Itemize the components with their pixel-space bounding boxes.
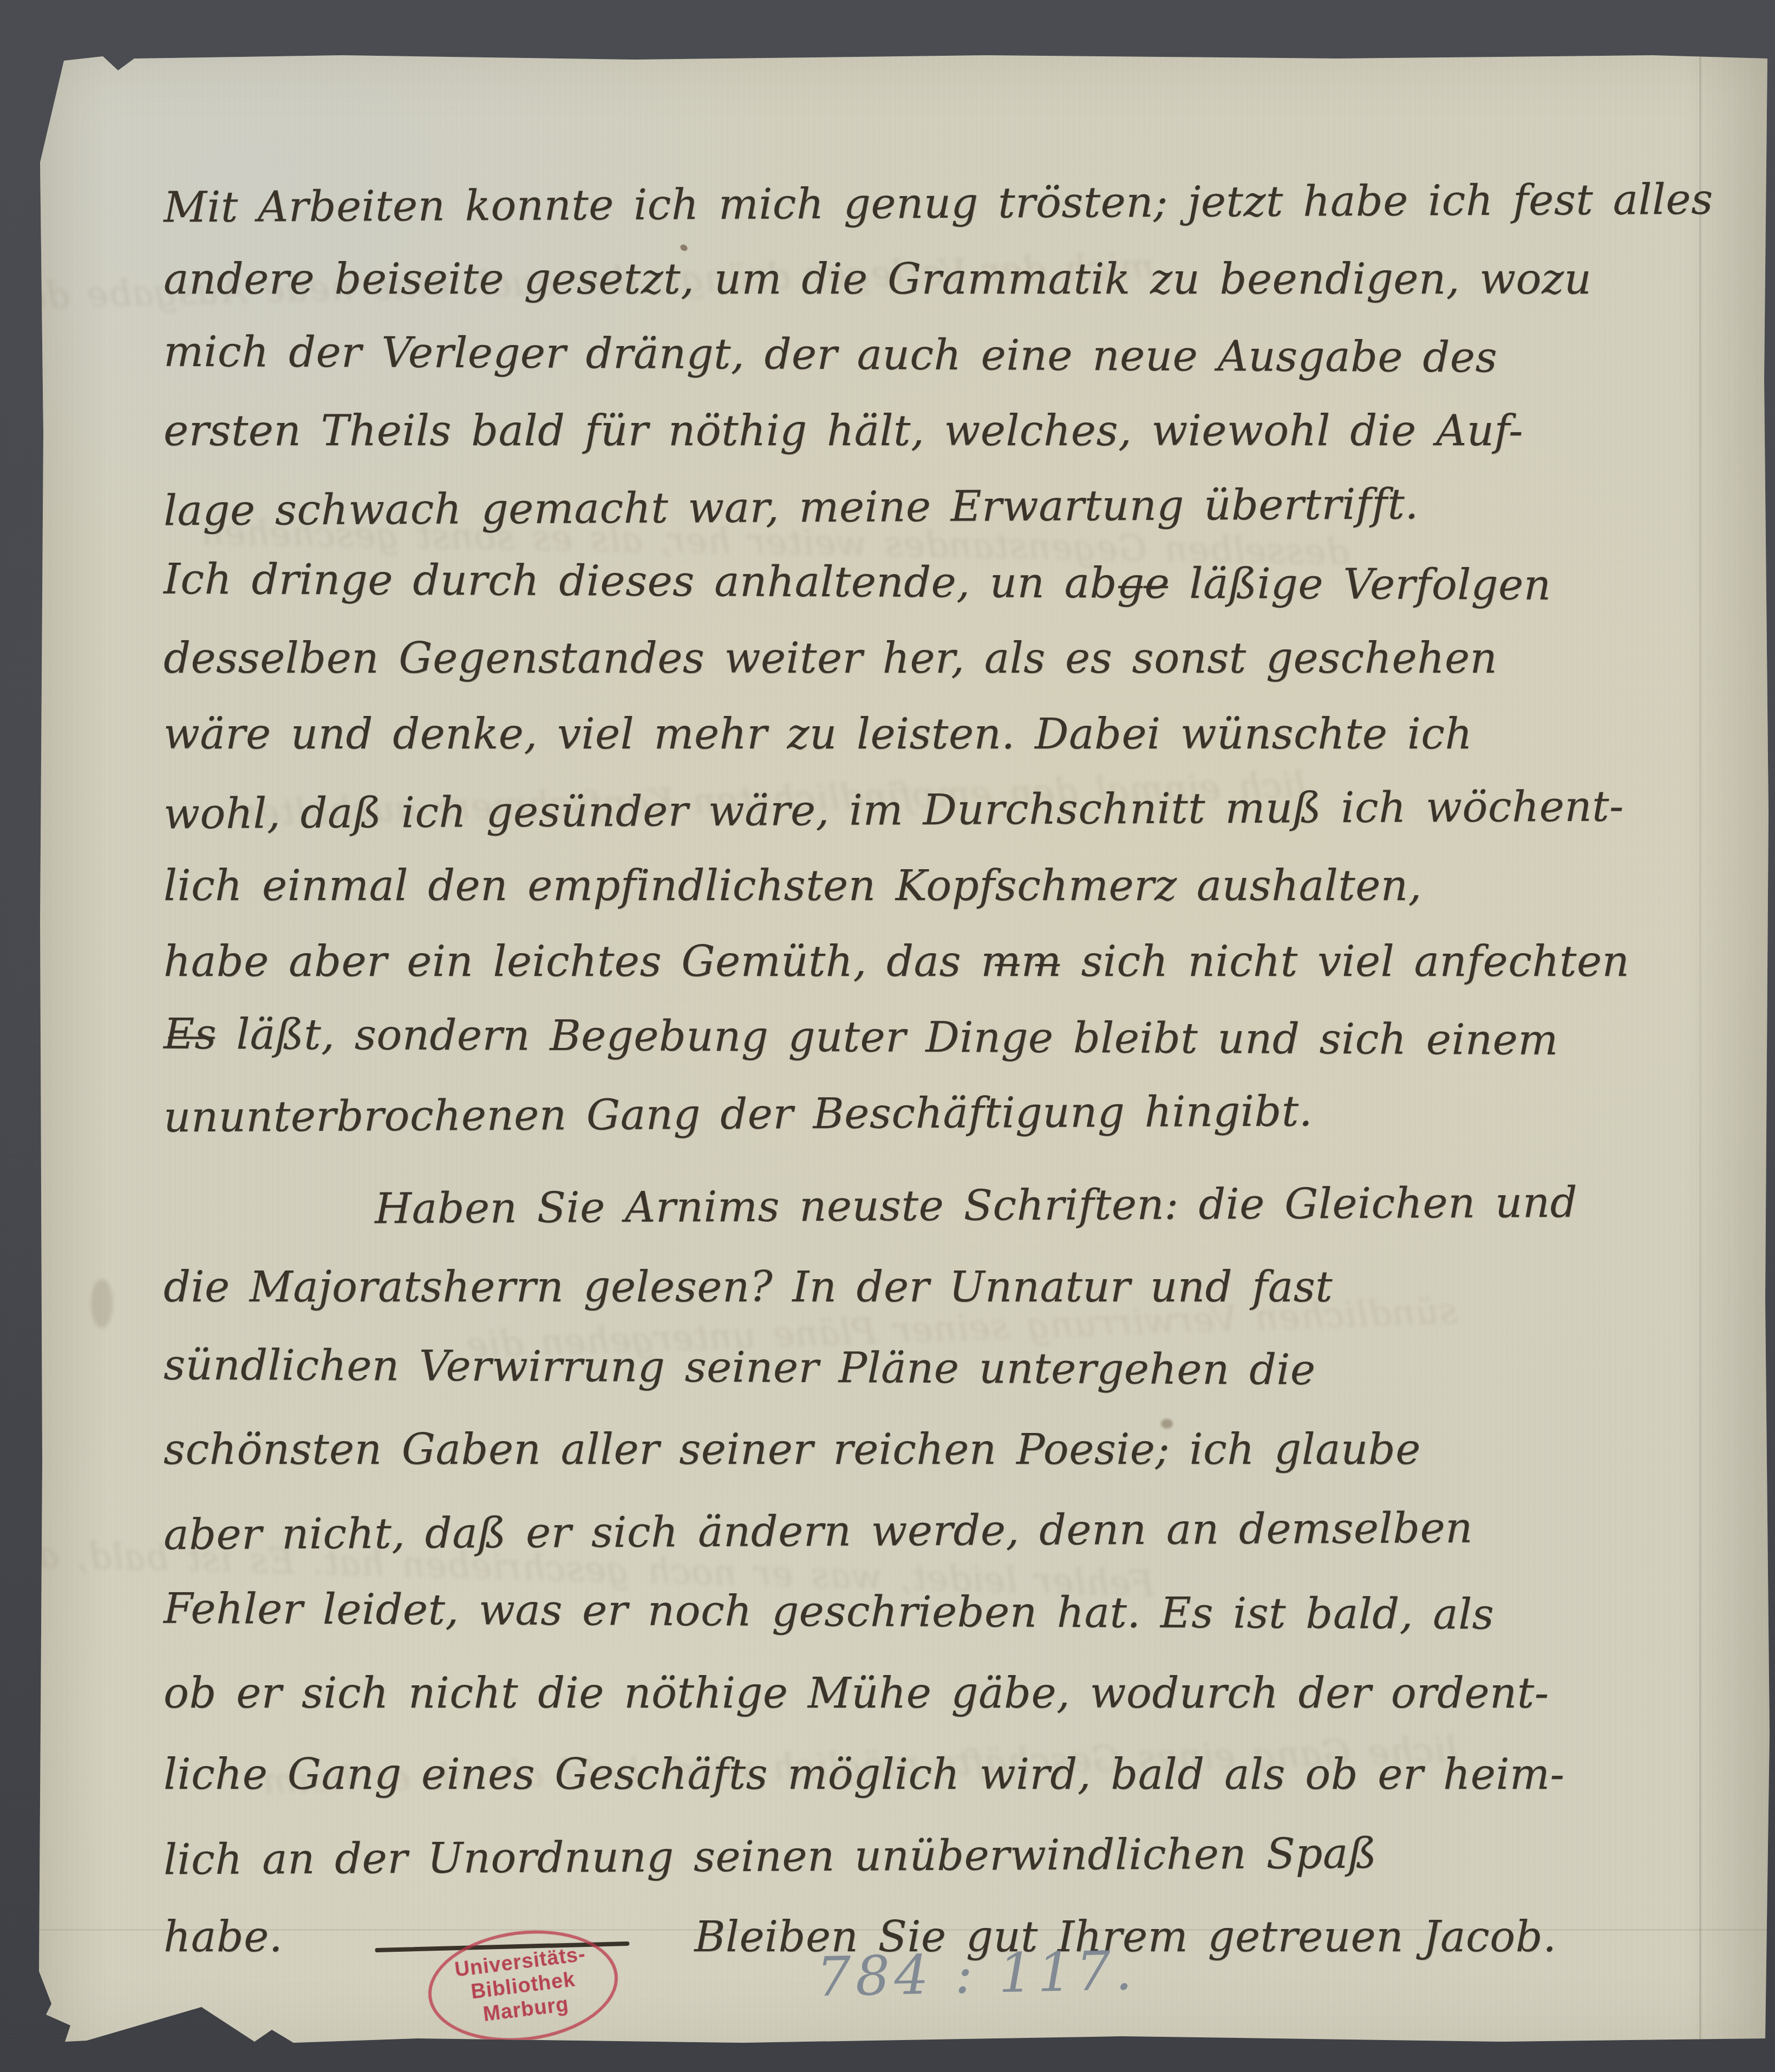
shelfmark-number: 784 : 117. [816,1939,1137,2009]
paper-sheet: mich der Verleger drängt, der auch eine … [39,54,1771,2045]
letter-line: Mit Arbeiten konnte ich mich genug tröst… [164,162,1712,246]
letter-line: liche Gang eines Geschäfts möglich wird,… [164,1734,1711,1815]
letter-line: andere beiseite gesetzt, um die Grammati… [164,242,1711,317]
letter-line: ununterbrochenen Gang der Beschäftigung … [164,1072,1712,1156]
letter-line: sündlichen Verwirrung seiner Pläne unter… [164,1325,1712,1412]
letter-line: wohl, daß ich gesünder wäre, im Durchsch… [164,768,1712,852]
letter-line: lich an der Unordnung seinen unüberwindl… [164,1812,1712,1901]
letter-line: Ich dringe durch dieses anhaltende, un a… [164,542,1712,624]
letter-line: ob er sich nicht die nöthige Mühe gäbe, … [164,1653,1711,1734]
paragraph-2: Haben Sie Arnims neuste Schriften: die G… [164,1165,1711,1978]
letter-line: lich einmal den empfindlichsten Kopfschm… [164,848,1711,924]
closing-word: habe. [164,1897,283,1978]
letter-line: wäre und denke, viel mehr zu leisten. Da… [164,696,1711,772]
letter-line: aber nicht, daß er sich ändern werde, de… [164,1487,1712,1576]
letter-line: Haben Sie Arnims neuste Schriften: die G… [164,1162,1712,1251]
letter-line: die Majoratsherrn gelesen? In der Unnatu… [164,1247,1711,1328]
letter-line: habe aber ein leichtes Gemüth, das m̶m̶ … [164,924,1711,1000]
paragraph-1: Mit Arbeiten konnte ich mich genug tröst… [164,166,1711,1151]
letter-body: Mit Arbeiten konnte ich mich genug tröst… [39,166,1771,1978]
letter-line: Fehler leidet, was er noch geschrieben h… [164,1568,1712,1656]
letter-line: mich der Verleger drängt, der auch eine … [164,314,1712,396]
letter-line: lage schwach gemacht war, meine Erwartun… [164,465,1712,549]
letter-line: schönsten Gaben aller seiner reichen Poe… [164,1409,1711,1490]
letter-line: ersten Theils bald für nöthig hält, welc… [164,393,1711,469]
letter-line: desselben Gegenstandes weiter her, als e… [164,621,1711,696]
letter-line: E̶s̶ läßt, sondern Begebung guter Dinge … [164,996,1712,1079]
